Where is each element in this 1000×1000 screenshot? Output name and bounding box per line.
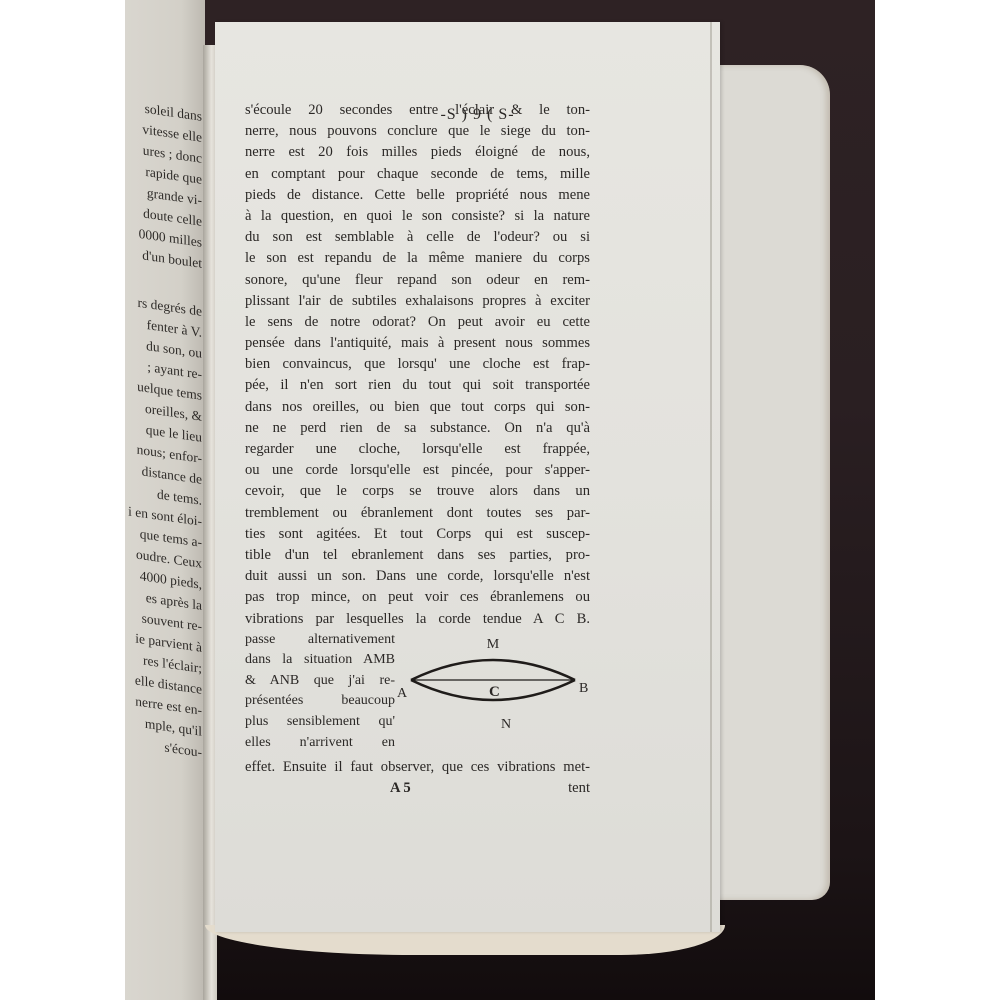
facing-page-lower-text: rs degrés defenter à V.du son, ou; ayant… [125, 290, 205, 763]
text-line: bien convaincus, que lorsqu' une cloche … [245, 354, 590, 375]
text-line: elles n'arrivent en [245, 733, 395, 754]
text-line: sonore, qu'une fleur repand son odeur en… [245, 270, 590, 291]
text-line: passe alternativement [245, 630, 395, 651]
text-line: tremblement ou ébranlement dont toutes s… [245, 503, 590, 524]
figure-block: passe alternativementdans la situation A… [245, 630, 590, 757]
string-upper-arc [411, 660, 575, 680]
text-line: cevoir, que le corps se trouve alors dan… [245, 481, 590, 502]
vibrating-string-diagram: M A B C N [393, 630, 593, 750]
facing-page-upper-text: soleil dansvitesse elleures ; doncrapide… [125, 95, 205, 274]
text-line: dans nos oreilles, ou bien que tout corp… [245, 397, 590, 418]
text-line: pas trop mince, on peut voir ces ébranle… [245, 587, 590, 608]
text-line: pensée dans l'antiquité, mais à present … [245, 333, 590, 354]
label-m: M [487, 637, 500, 652]
text-line: à la question, en quoi le son consiste? … [245, 206, 590, 227]
text-line: nerre est 20 fois milles pieds éloigné d… [245, 142, 590, 163]
footer-row: A 5 tent [245, 778, 590, 800]
text-line: du son est semblable à celle de l'odeur?… [245, 227, 590, 248]
text-line: plissant l'air de subtiles exhalaisons p… [245, 291, 590, 312]
text-line: présentées beaucoup [245, 691, 395, 712]
final-body-line: effet. Ensuite il faut observer, que ces… [245, 757, 590, 778]
text-line: en comptant pour chaque seconde de tems,… [245, 164, 590, 185]
book-photograph: soleil dansvitesse elleures ; doncrapide… [125, 0, 875, 1000]
page-fold-line [710, 22, 712, 932]
text-line: & ANB que j'ai re- [245, 671, 395, 692]
label-c: C [489, 684, 500, 700]
page-stack-edge [715, 65, 830, 900]
label-b: B [579, 681, 588, 696]
text-line: le sens de notre odorat? On peut avoir e… [245, 312, 590, 333]
text-line: ties sont agitées. Et tout Corps qui est… [245, 524, 590, 545]
text-line: pée, il n'en sort rien du tout qui soit … [245, 375, 590, 396]
text-line: pieds de distance. Cette belle propriété… [245, 185, 590, 206]
text-line: ou une corde lorsqu'elle est pincée, pou… [245, 460, 590, 481]
text-line: s'écoule 20 secondes entre l'éclair & le… [245, 100, 590, 121]
text-line: plus sensiblement qu' [245, 712, 395, 733]
text-line: regarder une cloche, lorsqu'elle est fra… [245, 439, 590, 460]
text-line: vibrations par lesquelles la corde tendu… [245, 609, 590, 630]
main-page: -S ) 9 ( S- s'écoule 20 secondes entre l… [215, 22, 720, 932]
body-paragraph: s'écoule 20 secondes entre l'éclair & le… [245, 100, 590, 630]
text-line: duit aussi un son. Dans une corde, lorsq… [245, 566, 590, 587]
text-line: nerre, nous pouvons conclure que le sieg… [245, 121, 590, 142]
signature-mark: A 5 [390, 778, 411, 799]
figure-wrap-text: passe alternativementdans la situation A… [245, 630, 395, 754]
text-line: dans la situation AMB [245, 650, 395, 671]
body-text: s'écoule 20 secondes entre l'éclair & le… [245, 100, 590, 800]
catchword: tent [568, 778, 590, 799]
text-line: le son est repandu de la même maniere du… [245, 248, 590, 269]
facing-page-left: soleil dansvitesse elleures ; doncrapide… [125, 0, 205, 1000]
label-n: N [501, 717, 511, 732]
label-a: A [397, 686, 408, 701]
text-line: ne ne perd rien de sa substance. On n'a … [245, 418, 590, 439]
text-line: tible d'un tel ebranlement dans ses part… [245, 545, 590, 566]
